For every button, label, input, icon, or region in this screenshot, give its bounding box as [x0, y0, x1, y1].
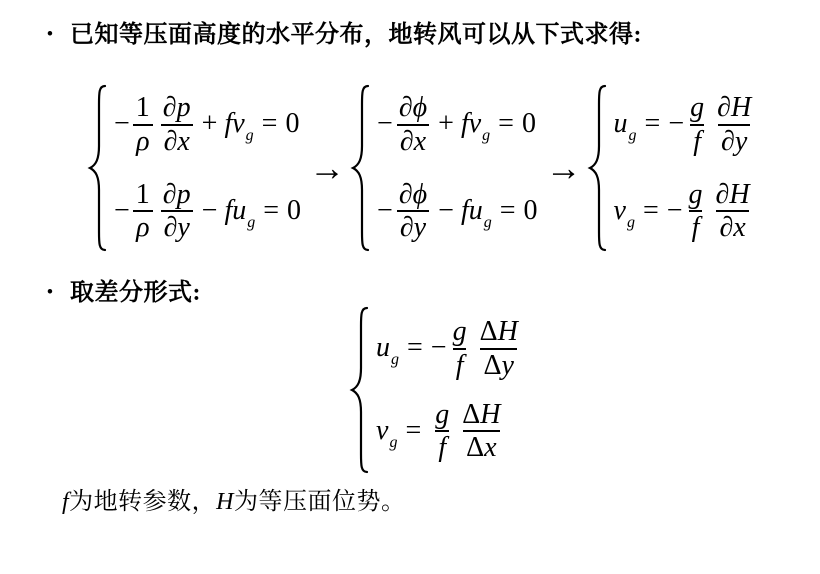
equation-row-1: − ∂ϕ ∂x + fv g = 0 [377, 92, 538, 157]
variable-subscript: g [629, 127, 637, 145]
left-curly-brace [586, 82, 610, 254]
rhs-zero: 0 [522, 109, 536, 140]
fraction-denominator: ρ [133, 124, 152, 157]
implies-arrow-2: → [546, 150, 582, 186]
equals-sign: = [405, 416, 421, 447]
fraction: ΔH Δy [477, 316, 521, 381]
variable: u [614, 109, 628, 140]
fraction: 1 ρ [133, 179, 153, 244]
fraction-numerator: ∂ϕ [396, 179, 430, 210]
fraction-numerator: g [432, 399, 452, 430]
system-geopotential-gradient: − ∂ϕ ∂x + fv g = 0 − ∂ϕ ∂y [349, 82, 538, 254]
fraction-numerator: ΔH [477, 316, 521, 347]
system-rows: − ∂ϕ ∂x + fv g = 0 − ∂ϕ ∂y [377, 92, 538, 243]
footnote-text-2: 为等压面位势。 [234, 489, 406, 515]
fraction-numerator: ∂p [160, 92, 194, 123]
fraction-denominator: ∂x [161, 124, 193, 157]
equals-sign: = [262, 109, 278, 140]
equation-chain-row: − 1 ρ ∂p ∂x + fv g = 0 − [86, 80, 755, 256]
fraction: ∂H ∂x [713, 179, 753, 244]
variable: y [502, 350, 514, 381]
minus-sign: − [377, 196, 393, 227]
equals-sign: = [643, 196, 659, 227]
equation-row-2: v g = g f ΔH Δx [376, 399, 522, 464]
system-geostrophic-wind: u g = − g f ∂H ∂y v g = [586, 82, 756, 254]
footnote-text-1: 为地转参数， [69, 489, 216, 515]
equation-row-1: − 1 ρ ∂p ∂x + fv g = 0 [114, 92, 301, 157]
variable-subscript: g [391, 351, 399, 369]
fraction-denominator: f [435, 430, 449, 463]
fraction-numerator: g [450, 316, 470, 347]
bullet-item-1: • 已知等压面高度的水平分布，地转风可以从下式求得: [30, 20, 642, 50]
variable: fv [461, 109, 481, 140]
fraction-numerator: ∂ϕ [396, 92, 430, 123]
variable: v [614, 196, 626, 227]
fraction: ∂p ∂y [160, 179, 194, 244]
delta-symbol: Δ [462, 399, 480, 430]
equals-sign: = [407, 333, 423, 364]
minus-sign: − [431, 333, 447, 364]
footnote-line: f为地转参数，H为等压面位势。 [62, 487, 406, 517]
delta-symbol: Δ [483, 350, 501, 381]
variable-subscript: g [484, 214, 492, 232]
rhs-zero: 0 [285, 109, 299, 140]
variable: u [376, 333, 390, 364]
fraction-denominator: Δx [463, 430, 499, 463]
equals-sign: = [645, 109, 661, 140]
fraction-numerator: ΔH [459, 399, 503, 430]
variable: fu [224, 196, 246, 227]
equation-row-2: − 1 ρ ∂p ∂y − fu g = 0 [114, 179, 301, 244]
fraction: g f [450, 316, 470, 381]
fraction-numerator: 1 [133, 92, 153, 123]
delta-symbol: Δ [466, 432, 484, 463]
finite-difference-block: u g = − g f ΔH Δy v g = [348, 302, 522, 478]
implies-arrow-1: → [309, 150, 345, 186]
variable-subscript: g [627, 214, 635, 232]
variable: H [480, 399, 500, 430]
fraction-numerator: 1 [133, 179, 153, 210]
left-curly-brace [86, 82, 110, 254]
bullet-marker: • [30, 278, 70, 308]
operator: − [438, 196, 454, 227]
rhs-zero: 0 [287, 196, 301, 227]
equation-row-1: u g = − g f ∂H ∂y [614, 92, 756, 157]
minus-sign: − [668, 109, 684, 140]
variable-subscript: g [482, 127, 490, 145]
operator: + [438, 109, 454, 140]
variable: x [484, 432, 496, 463]
bullet-2-text: 取差分形式: [70, 278, 201, 308]
variable: fv [224, 109, 244, 140]
operator: − [202, 196, 218, 227]
operator: + [202, 109, 218, 140]
fraction-denominator: ∂y [161, 210, 193, 243]
fraction: g f [686, 179, 706, 244]
fraction-numerator: g [687, 92, 707, 123]
minus-sign: − [114, 109, 130, 140]
equation-row-2: − ∂ϕ ∂y − fu g = 0 [377, 179, 538, 244]
fraction-numerator: ∂p [160, 179, 194, 210]
fraction: ΔH Δx [459, 399, 503, 464]
fraction-denominator: Δy [480, 348, 516, 381]
equals-sign: = [498, 109, 514, 140]
fraction-numerator: ∂H [713, 179, 753, 210]
fraction: ∂p ∂x [160, 92, 194, 157]
system-rows: u g = − g f ∂H ∂y v g = [614, 92, 756, 243]
variable: H [498, 316, 518, 347]
fraction: 1 ρ [133, 92, 153, 157]
slide-canvas: • 已知等压面高度的水平分布，地转风可以从下式求得: − 1 ρ ∂p ∂x [0, 0, 820, 574]
minus-sign: − [667, 196, 683, 227]
system-pressure-gradient: − 1 ρ ∂p ∂x + fv g = 0 − [86, 82, 301, 254]
delta-symbol: Δ [480, 316, 498, 347]
fraction: ∂ϕ ∂x [396, 92, 430, 157]
fraction-denominator: ∂x [716, 210, 748, 243]
footnote-H-symbol: H [216, 489, 234, 515]
fraction-denominator: ρ [133, 210, 152, 243]
variable: v [376, 416, 388, 447]
fraction-numerator: ∂H [714, 92, 754, 123]
equation-row-2: v g = − g f ∂H ∂x [614, 179, 756, 244]
fraction-denominator: ∂x [397, 124, 429, 157]
system-rows: − 1 ρ ∂p ∂x + fv g = 0 − [114, 92, 301, 243]
equals-sign: = [500, 196, 516, 227]
minus-sign: − [377, 109, 393, 140]
left-curly-brace [348, 304, 372, 476]
fraction-denominator: f [453, 348, 467, 381]
variable-subscript: g [247, 214, 255, 232]
fraction-denominator: ∂y [718, 124, 750, 157]
fraction-denominator: ∂y [397, 210, 429, 243]
minus-sign: − [114, 196, 130, 227]
fraction-numerator: g [686, 179, 706, 210]
bullet-marker: • [30, 20, 70, 50]
rhs-zero: 0 [524, 196, 538, 227]
variable-subscript: g [246, 127, 254, 145]
bullet-item-2: • 取差分形式: [30, 278, 201, 308]
variable: fu [461, 196, 483, 227]
left-curly-brace [349, 82, 373, 254]
fraction: g f [432, 399, 452, 464]
fraction: ∂ϕ ∂y [396, 179, 430, 244]
equation-row-1: u g = − g f ΔH Δy [376, 316, 522, 381]
equals-sign: = [263, 196, 279, 227]
bullet-1-text: 已知等压面高度的水平分布，地转风可以从下式求得: [70, 20, 642, 50]
fraction: g f [687, 92, 707, 157]
fraction: ∂H ∂y [714, 92, 754, 157]
system-rows: u g = − g f ΔH Δy v g = [376, 316, 522, 463]
fraction-denominator: f [689, 210, 703, 243]
variable-subscript: g [389, 434, 397, 452]
system-finite-difference: u g = − g f ΔH Δy v g = [348, 304, 522, 476]
fraction-denominator: f [690, 124, 704, 157]
